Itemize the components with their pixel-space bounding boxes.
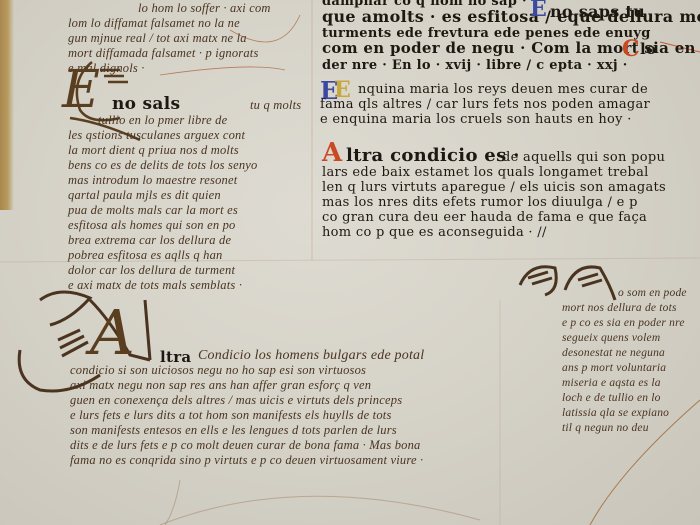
text-line: miseria e aqsta es la (562, 376, 687, 391)
text-line: qartal paula mjls es dit quien (68, 188, 301, 203)
text-line: lom lo diffamat falsamet no la ne (68, 16, 271, 31)
text-line: lars ede baix estamet los quals longamet… (322, 165, 666, 180)
red-initial-text: lo (640, 40, 656, 58)
red-initial: C (622, 36, 640, 62)
text-line: gun mjnue real / tot axi matx ne la (68, 31, 271, 46)
text-line: lo hom lo soffer · axi com (68, 1, 271, 16)
text-line: fama no es conqrida sino p virtuts e p c… (70, 453, 424, 468)
text-line: mas introdum lo maestre resonet (68, 173, 301, 188)
text-line: brea extrema car los dellura de (68, 233, 301, 248)
text-line: esfitosa als homes qui son en po (68, 218, 301, 233)
text-line: e axi matx de tots mals semblats · (68, 278, 301, 293)
text-line: dits e de lurs fets e p co molt deuen cu… (70, 438, 424, 453)
text-line: segueix quens volem (562, 331, 687, 346)
text-line: ans p mort voluntaria (562, 361, 687, 376)
bottom-text: Condicio los homens bulgars ede potal co… (70, 348, 424, 468)
right-margin-text: o som en pode mort nos dellura de tots e… (562, 286, 687, 436)
left-section-text: tu q molts tullio en lo pmer libre de le… (68, 98, 301, 293)
text-line: dolor car los dellura de turment (68, 263, 301, 278)
manuscript-page: lo hom lo soffer · axi com lom lo diffam… (0, 0, 700, 525)
text-line: les qstions tusculanes arguex cont (68, 128, 301, 143)
text-line: mort diffamada falsamet · p ignorats (68, 46, 271, 61)
right-paragraph-1: nquina maria los reys deuen mes curar de… (320, 82, 650, 127)
text-line: len q lurs virtuts aparegue / els uicis … (322, 180, 666, 195)
text-line: nquina maria los reys deuen mes curar de (320, 82, 650, 97)
text-line: tullio en lo pmer libre de (68, 113, 301, 128)
text-line: e p co es sia en poder nre (562, 316, 687, 331)
text-line: guen en conexença dels altres / mas uici… (70, 393, 424, 408)
text-line: condicio si son uiciosos negu no ho sap … (70, 363, 424, 378)
text-line: til q negun no deu (562, 421, 687, 436)
text-line: mort nos dellura de tots (562, 301, 687, 316)
blue-initial-text: no saps tu (550, 2, 645, 21)
text-line: de aquells qui son popu (322, 150, 666, 165)
text-line: pobrea esfitosa es aqlls q han (68, 248, 301, 263)
text-line: e lurs fets e lurs dits a tot hom son ma… (70, 408, 424, 423)
blue-initial: E (530, 0, 547, 22)
text-line: mas los nres dits efets rumor los diuulg… (322, 195, 666, 210)
text-line: la mort dient q priua nos d molts (68, 143, 301, 158)
text-line: fama qls altres / car lurs fets nos pode… (320, 97, 650, 112)
text-line: son manifests entesos en ells e les leng… (70, 423, 424, 438)
text-line: der nre · En lo · xvij · libre / c epta … (322, 58, 700, 73)
text-line: desonestat ne neguna (562, 346, 687, 361)
text-line: loch e de tullio en lo (562, 391, 687, 406)
text-line: latissia qla se expiano (562, 406, 687, 421)
right-paragraph-2: de aquells qui son popu lars ede baix es… (322, 150, 666, 240)
text-line: co gran cura deu eer hauda de fama e que… (322, 210, 666, 225)
text-line: pua de molts mals car la mort es (68, 203, 301, 218)
text-line: hom co p que es aconseguida · // (322, 225, 666, 240)
text-line: o som en pode (562, 286, 687, 301)
text-line: tu q molts (68, 98, 301, 113)
text-line: Condicio los homens bulgars ede potal (70, 348, 424, 363)
text-line: bens co es de delits de tots los senyo (68, 158, 301, 173)
text-line: axi matx negu non sap res ans han affer … (70, 378, 424, 393)
text-line: e enquina maria los cruels son hauts en … (320, 112, 650, 127)
